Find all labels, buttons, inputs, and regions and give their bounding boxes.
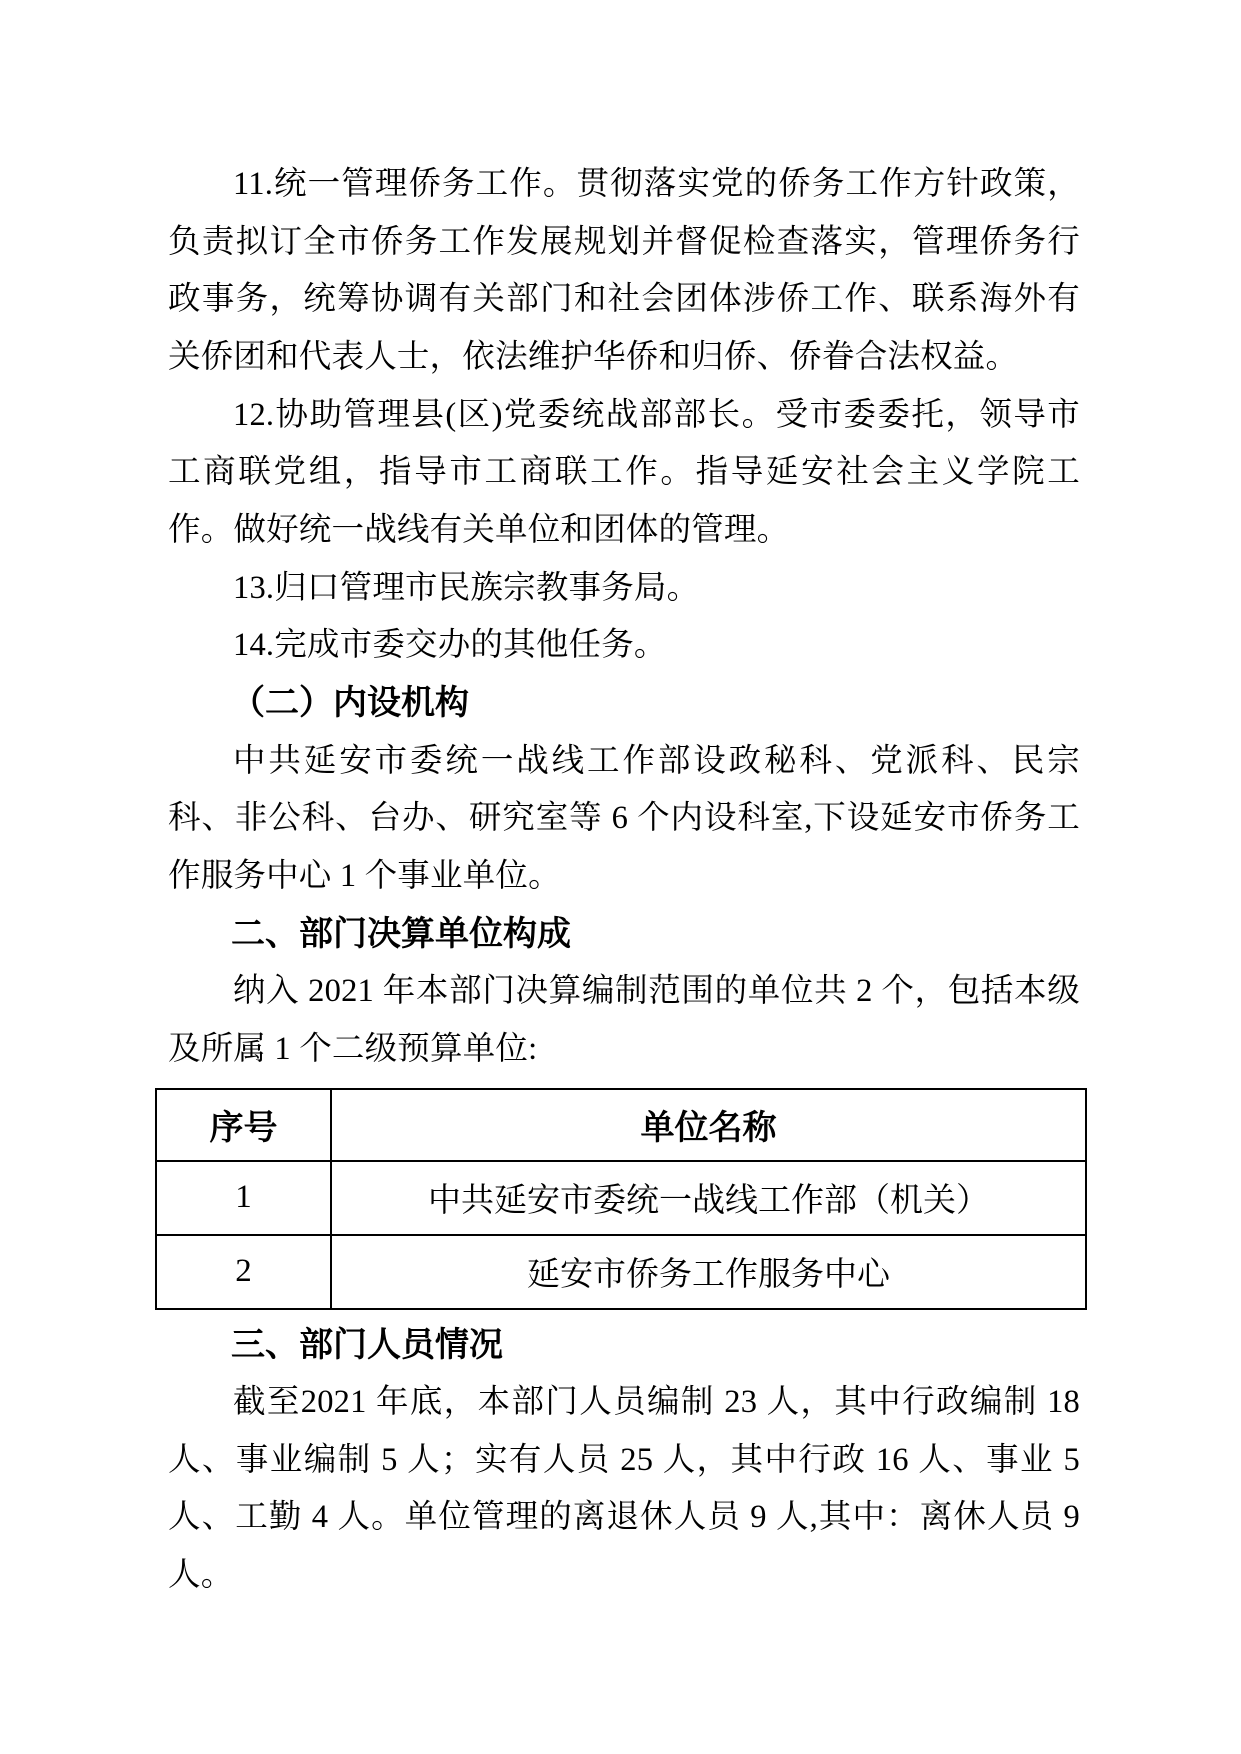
table-row: 1 中共延安市委统一战线工作部（机关）	[156, 1161, 1086, 1235]
document-body-upper: 11.统一管理侨务工作。贯彻落实党的侨务工作方针政策，负责拟订全市侨务工作发展规…	[168, 0, 1080, 1605]
table-cell-unit-name: 延安市侨务工作服务中心	[331, 1235, 1086, 1309]
heading-unit-composition: 二、部门决算单位构成	[168, 906, 1080, 964]
table-row: 2 延安市侨务工作服务中心	[156, 1235, 1086, 1309]
document-page: 11.统一管理侨务工作。贯彻落实党的侨务工作方针政策，负责拟订全市侨务工作发展规…	[0, 0, 1241, 1754]
heading-internal-organizations: （二）内设机构	[168, 675, 1080, 733]
table-header-unit-name: 单位名称	[331, 1089, 1086, 1161]
paragraph-duty-11: 11.统一管理侨务工作。贯彻落实党的侨务工作方针政策，负责拟订全市侨务工作发展规…	[168, 156, 1080, 387]
paragraph-duty-14: 14.完成市委交办的其他任务。	[168, 617, 1080, 675]
budget-units-table: 序号 单位名称 1 中共延安市委统一战线工作部（机关） 2 延安市侨务工作服务中…	[155, 1088, 1087, 1310]
paragraph-unit-composition: 纳入 2021 年本部门决算编制范围的单位共 2 个，包括本级及所属 1 个二级…	[168, 963, 1080, 1078]
table-cell-unit-name: 中共延安市委统一战线工作部（机关）	[331, 1161, 1086, 1235]
paragraph-duty-12: 12.协助管理县(区)党委统战部部长。受市委委托，领导市工商联党组，指导市工商联…	[168, 387, 1080, 560]
table-header-row: 序号 单位名称	[156, 1089, 1086, 1161]
paragraph-internal-organizations: 中共延安市委统一战线工作部设政秘科、党派科、民宗科、非公科、台办、研究室等 6 …	[168, 733, 1080, 906]
heading-personnel: 三、部门人员情况	[168, 1317, 1080, 1375]
paragraph-personnel: 截至2021 年底，本部门人员编制 23 人，其中行政编制 18 人、事业编制 …	[168, 1374, 1080, 1605]
table-cell-index: 1	[156, 1161, 331, 1235]
table-cell-index: 2	[156, 1235, 331, 1309]
table-header-index: 序号	[156, 1089, 331, 1161]
paragraph-duty-13: 13.归口管理市民族宗教事务局。	[168, 560, 1080, 618]
